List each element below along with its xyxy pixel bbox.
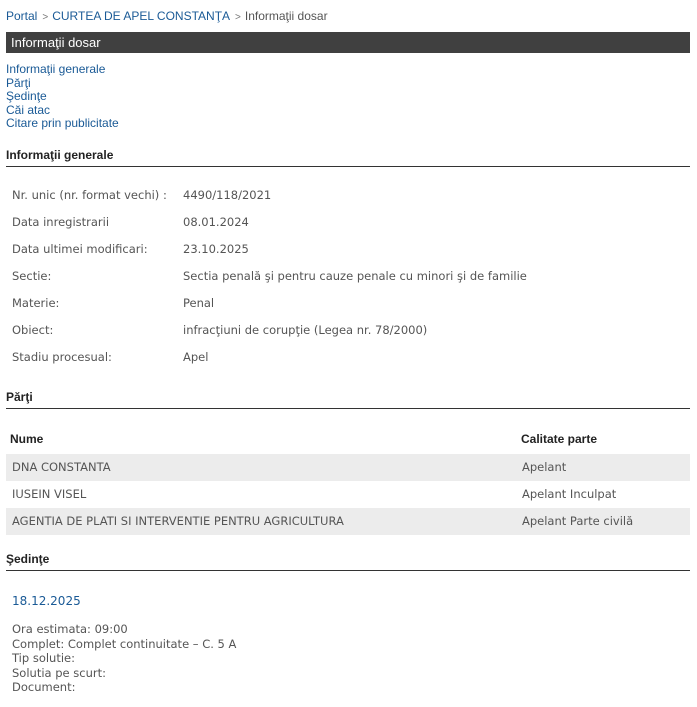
party-role: Apelant Parte civilă bbox=[522, 508, 633, 535]
section-heading-parti: Părţi bbox=[6, 390, 690, 409]
column-header-calitate: Calitate parte bbox=[521, 432, 597, 446]
party-role: Apelant Inculpat bbox=[522, 481, 616, 508]
parti-table: DNA CONSTANTAApelantIUSEIN VISELApelant … bbox=[6, 454, 690, 535]
sedinta-detail-line: Tip solutie: bbox=[12, 651, 236, 666]
sedinta-detail-line: Solutia pe scurt: bbox=[12, 666, 236, 681]
info-value: Sectia penală şi pentru cauze penale cu … bbox=[183, 269, 527, 296]
party-name: DNA CONSTANTA bbox=[12, 454, 111, 481]
table-of-contents: Informaţii generale Părţi Şedinţe Căi at… bbox=[6, 63, 119, 131]
info-value: Penal bbox=[183, 296, 214, 323]
breadcrumb-separator: > bbox=[235, 12, 241, 23]
info-label: Materie: bbox=[12, 296, 183, 323]
info-row: Stadiu procesual:Apel bbox=[12, 350, 527, 377]
sedinta-detail-line: Document: bbox=[12, 680, 236, 695]
info-label: Data inregistrarii bbox=[12, 215, 183, 242]
sedinta-detail-line: Ora estimata: 09:00 bbox=[12, 622, 236, 637]
column-header-nume: Nume bbox=[10, 432, 43, 446]
info-row: Data ultimei modificari:23.10.2025 bbox=[12, 242, 527, 269]
info-row: Nr. unic (nr. format vechi) :4490/118/20… bbox=[12, 188, 527, 215]
breadcrumb: Portal>CURTEA DE APEL CONSTANŢA>Informaţ… bbox=[6, 9, 328, 23]
info-label: Stadiu procesual: bbox=[12, 350, 183, 377]
section-heading-sedinte: Şedinţe bbox=[6, 552, 690, 571]
toc-link-citare[interactable]: Citare prin publicitate bbox=[6, 117, 119, 131]
breadcrumb-portal-link[interactable]: Portal bbox=[6, 9, 37, 23]
page-title: Informaţii dosar bbox=[6, 32, 690, 53]
info-value: 4490/118/2021 bbox=[183, 188, 271, 215]
info-row: Obiect:infracţiuni de corupţie (Legea nr… bbox=[12, 323, 527, 350]
sedinta-date: 18.12.2025 bbox=[12, 594, 236, 608]
table-row: AGENTIA DE PLATI SI INTERVENTIE PENTRU A… bbox=[6, 508, 690, 535]
info-row: Sectie:Sectia penală şi pentru cauze pen… bbox=[12, 269, 527, 296]
info-label: Obiect: bbox=[12, 323, 183, 350]
party-name: IUSEIN VISEL bbox=[12, 481, 86, 508]
info-value: 08.01.2024 bbox=[183, 215, 249, 242]
toc-link-parti[interactable]: Părţi bbox=[6, 77, 119, 91]
general-info-table: Nr. unic (nr. format vechi) :4490/118/20… bbox=[12, 188, 527, 377]
info-value: Apel bbox=[183, 350, 208, 377]
breadcrumb-current: Informaţii dosar bbox=[245, 9, 328, 23]
info-label: Nr. unic (nr. format vechi) : bbox=[12, 188, 183, 215]
table-row: DNA CONSTANTAApelant bbox=[6, 454, 690, 481]
sedinta-entry: 18.12.2025 Ora estimata: 09:00Complet: C… bbox=[12, 594, 236, 695]
info-label: Data ultimei modificari: bbox=[12, 242, 183, 269]
sedinta-detail-line: Complet: Complet continuitate – C. 5 A bbox=[12, 637, 236, 652]
toc-link-cai-atac[interactable]: Căi atac bbox=[6, 104, 119, 118]
info-value: 23.10.2025 bbox=[183, 242, 249, 269]
table-row: IUSEIN VISELApelant Inculpat bbox=[6, 481, 690, 508]
info-row: Data inregistrarii08.01.2024 bbox=[12, 215, 527, 242]
toc-link-sedinte[interactable]: Şedinţe bbox=[6, 90, 119, 104]
party-name: AGENTIA DE PLATI SI INTERVENTIE PENTRU A… bbox=[12, 508, 344, 535]
section-heading-general: Informaţii generale bbox=[6, 148, 690, 167]
party-role: Apelant bbox=[522, 454, 566, 481]
info-row: Materie:Penal bbox=[12, 296, 527, 323]
info-value: infracţiuni de corupţie (Legea nr. 78/20… bbox=[183, 323, 427, 350]
toc-link-informatii-generale[interactable]: Informaţii generale bbox=[6, 63, 119, 77]
info-label: Sectie: bbox=[12, 269, 183, 296]
breadcrumb-court-link[interactable]: CURTEA DE APEL CONSTANŢA bbox=[52, 9, 230, 23]
breadcrumb-separator: > bbox=[42, 12, 48, 23]
